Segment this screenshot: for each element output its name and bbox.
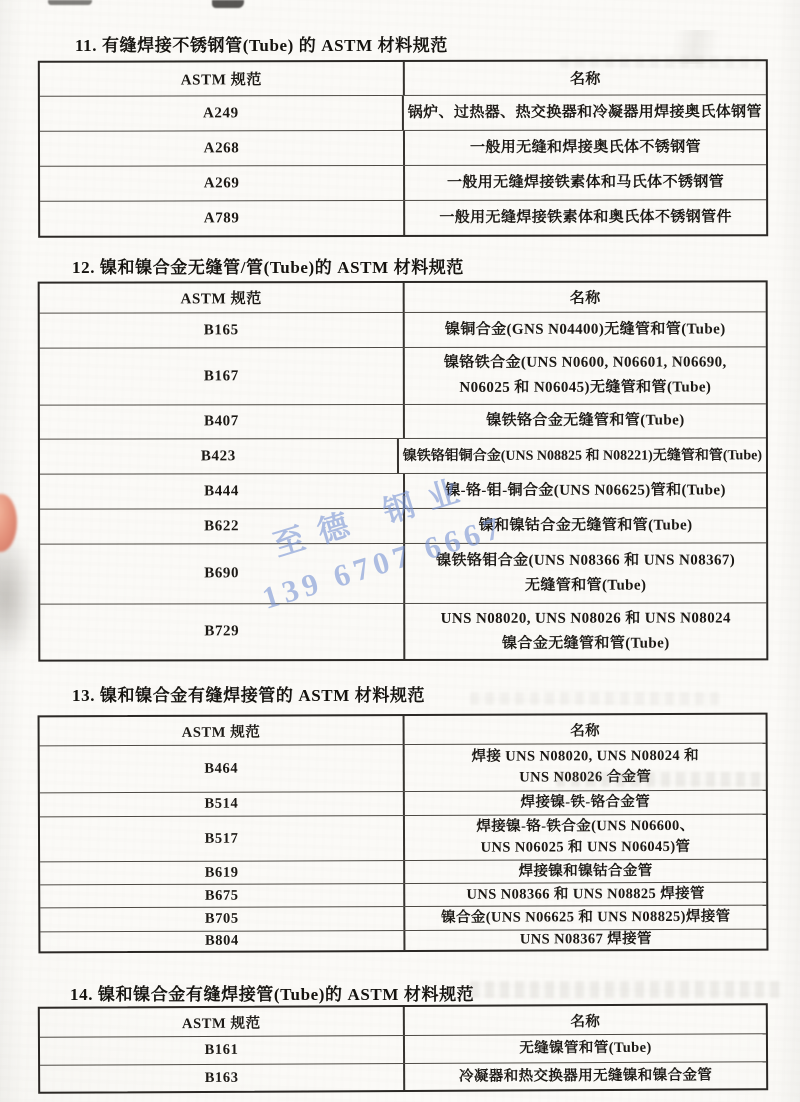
- header-name-cell: 名称: [405, 282, 766, 312]
- name-line: 镍合金无缝管和管(Tube): [502, 631, 670, 656]
- spec-text: A789: [204, 210, 240, 227]
- table-row: B165 镍铜合金(GNS N04400)无缝管和管(Tube): [40, 311, 766, 347]
- table-row: B423 镍铁铬钼铜合金(UNS N08825 和 N08221)无缝管和管(T…: [40, 437, 766, 473]
- header-name-label: 名称: [570, 719, 600, 740]
- table-header-row: ASTM 规范 名称: [40, 61, 766, 96]
- spec-text: B165: [204, 322, 239, 339]
- name-line: 镍铁铬钼合金(UNS N08366 和 UNS N08367): [436, 548, 735, 574]
- name-line: 无缝镍管和管(Tube): [519, 1038, 651, 1060]
- spec-cell: B675: [40, 884, 405, 907]
- section-12-table: ASTM 规范 名称 B165 镍铜合金(GNS N04400)无缝管和管(Tu…: [38, 280, 769, 661]
- name-cell: 焊接 UNS N08020, UNS N08024 和 UNS N08026 合…: [405, 744, 766, 791]
- spec-text: B464: [204, 760, 238, 777]
- name-line: UNS N08366 和 UNS N08825 焊接管: [466, 883, 704, 905]
- table-row: A268 一般用无缝和焊接奥氏体不锈钢管: [40, 129, 766, 166]
- spec-cell: B167: [40, 348, 405, 405]
- spec-cell: B464: [40, 745, 405, 792]
- table-row: B163 冷凝器和热交换器用无缝镍和镍合金管: [40, 1061, 766, 1092]
- spec-text: B407: [204, 413, 239, 430]
- name-line: 焊接 UNS N08020, UNS N08024 和: [471, 746, 699, 768]
- name-line: UNS N06025 和 UNS N06045)管: [481, 837, 691, 859]
- name-cell: 焊接镍-铁-铬合金管: [405, 791, 766, 815]
- spec-cell: B622: [40, 509, 405, 544]
- name-cell: 镍铁铬合金无缝管和管(Tube): [405, 404, 766, 438]
- name-cell: 焊接镍和镍钴合金管: [405, 860, 766, 883]
- spec-cell: B163: [40, 1064, 405, 1092]
- spec-cell: B804: [40, 931, 405, 951]
- spec-cell: B729: [40, 604, 405, 660]
- name-line: 镍-铬-钼-铜合金(UNS N06625)管和(Tube): [445, 478, 726, 503]
- spec-text: B804: [205, 933, 239, 950]
- spec-text: A249: [203, 105, 239, 122]
- name-cell: 镍铬铁合金(UNS N0600, N06601, N06690, N06025 …: [405, 347, 766, 404]
- spec-cell: B705: [40, 907, 405, 931]
- name-line: N06025 和 N06045)无缝管和管(Tube): [459, 375, 711, 400]
- name-line: 焊接镍-铬-铁合金(UNS N06600、: [476, 816, 694, 838]
- spec-text: B167: [204, 368, 239, 385]
- spec-text: B705: [205, 911, 239, 928]
- name-line: 一般用无缝焊接铁素体和马氏体不锈钢管: [447, 170, 724, 196]
- name-cell: 一般用无缝焊接铁素体和马氏体不锈钢管: [405, 165, 766, 200]
- spec-cell: B690: [40, 544, 405, 604]
- scanned-document-page: 11. 有缝焊接不锈钢管(Tube) 的 ASTM 材料规范 ASTM 规范 名…: [0, 0, 800, 1102]
- name-cell: UNS N08366 和 UNS N08825 焊接管: [405, 883, 766, 906]
- spec-cell: A249: [40, 96, 404, 131]
- spec-cell: A789: [40, 201, 405, 236]
- table-row: B804 UNS N08367 焊接管: [40, 929, 766, 952]
- spec-cell: B444: [40, 474, 405, 509]
- spec-text: B444: [204, 483, 239, 500]
- spec-text: B619: [205, 864, 239, 881]
- name-line: UNS N08367 焊接管: [520, 929, 652, 951]
- table-row: B167 镍铬铁合金(UNS N0600, N06601, N06690, N0…: [40, 346, 766, 404]
- header-name-label: 名称: [570, 1010, 600, 1031]
- name-line: 一般用无缝和焊接奥氏体不锈钢管: [470, 135, 701, 160]
- name-line: 镍铁铬钼铜合金(UNS N08825 和 N08221)无缝管和管(Tube): [403, 443, 762, 469]
- name-cell: UNS N08020, UNS N08026 和 UNS N08024 镍合金无…: [405, 603, 766, 659]
- name-cell: 无缝镍管和管(Tube): [405, 1034, 766, 1063]
- table-header-row: ASTM 规范 名称: [40, 282, 766, 312]
- header-spec-cell: ASTM 规范: [40, 1007, 405, 1037]
- spec-cell: B161: [40, 1036, 405, 1065]
- finger-shadow-artifact: [0, 532, 36, 662]
- header-spec-label: ASTM 规范: [182, 1011, 261, 1032]
- section-11-table: ASTM 规范 名称 A249 锅炉、过热器、热交换器和冷凝器用焊接奥氏体钢管 …: [38, 59, 768, 238]
- name-line: 镍铁铬合金无缝管和管(Tube): [486, 409, 684, 434]
- name-line: 镍铜合金(GNS N04400)无缝管和管(Tube): [445, 317, 726, 342]
- table-row: B619 焊接镍和镍钴合金管: [40, 859, 766, 885]
- spec-text: A268: [204, 140, 240, 157]
- header-spec-cell: ASTM 规范: [40, 716, 405, 745]
- name-cell: 镍合金(UNS N06625 和 UNS N08825)焊接管: [405, 906, 766, 930]
- table-row: B729 UNS N08020, UNS N08026 和 UNS N08024…: [40, 602, 766, 659]
- table-row: B690 镍铁铬钼合金(UNS N08366 和 UNS N08367) 无缝管…: [40, 542, 766, 603]
- name-cell: 镍铁铬钼合金(UNS N08366 和 UNS N08367) 无缝管和管(Tu…: [405, 543, 766, 603]
- name-line: 锅炉、过热器、热交换器和冷凝器用焊接奥氏体钢管: [408, 100, 762, 126]
- spec-cell: B423: [40, 439, 399, 474]
- name-line: 焊接镍-铁-铬合金管: [521, 792, 651, 813]
- spec-cell: B619: [40, 861, 405, 884]
- table-row: B705 镍合金(UNS N06625 和 UNS N08825)焊接管: [40, 905, 766, 932]
- table-header-row: ASTM 规范 名称: [40, 715, 766, 746]
- spec-cell: B517: [40, 816, 405, 861]
- spec-text: A269: [204, 175, 240, 192]
- table-row: B407 镍铁铬合金无缝管和管(Tube): [40, 403, 766, 438]
- header-name-cell: 名称: [405, 1005, 766, 1035]
- table-row: B464 焊接 UNS N08020, UNS N08024 和 UNS N08…: [40, 743, 766, 793]
- header-name-label: 名称: [570, 287, 601, 308]
- spec-cell: B165: [40, 313, 405, 348]
- table-row: A269 一般用无缝焊接铁素体和马氏体不锈钢管: [40, 164, 766, 201]
- name-cell: 锅炉、过热器、热交换器和冷凝器用焊接奥氏体钢管: [404, 95, 766, 130]
- table-row: A789 一般用无缝焊接铁素体和奥氏体不锈钢管件: [40, 199, 766, 236]
- scan-smudge: [212, 0, 244, 8]
- name-line: UNS N08026 合金管: [519, 767, 651, 789]
- spec-text: B163: [205, 1069, 239, 1086]
- name-line: 一般用无缝焊接铁素体和奥氏体不锈钢管件: [439, 205, 732, 231]
- scan-smudge: [48, 0, 92, 5]
- name-line: 镍合金(UNS N06625 和 UNS N08825)焊接管: [441, 907, 731, 929]
- name-line: 镍铬铁合金(UNS N0600, N06601, N06690,: [444, 350, 727, 375]
- finger-artifact: [0, 494, 17, 552]
- spec-cell: A269: [40, 166, 405, 201]
- name-cell: UNS N08367 焊接管: [405, 930, 766, 950]
- section-14-table: ASTM 规范 名称 B161 无缝镍管和管(Tube) B163 冷凝器和热交…: [38, 1003, 768, 1094]
- name-cell: 冷凝器和热交换器用无缝镍和镍合金管: [405, 1062, 766, 1090]
- spec-cell: B407: [40, 405, 405, 439]
- spec-cell: B514: [40, 792, 405, 816]
- header-name-cell: 名称: [405, 61, 766, 95]
- table-row: A249 锅炉、过热器、热交换器和冷凝器用焊接奥氏体钢管: [40, 94, 766, 131]
- spec-text: B729: [204, 623, 239, 640]
- name-line: 焊接镍和镍钴合金管: [519, 861, 653, 883]
- section-13-table: ASTM 规范 名称 B464 焊接 UNS N08020, UNS N0802…: [38, 713, 769, 954]
- section-14-title: 14. 镍和镍合金有缝焊接管(Tube)的 ASTM 材料规范: [70, 980, 474, 1005]
- header-spec-label: ASTM 规范: [182, 720, 261, 741]
- spec-text: B423: [201, 448, 236, 465]
- table-row: B675 UNS N08366 和 UNS N08825 焊接管: [40, 882, 766, 908]
- spec-text: B514: [204, 796, 238, 813]
- bleed-through-ghost-text: [470, 981, 782, 998]
- bleed-through-ghost-text: [470, 692, 720, 705]
- name-line: UNS N08020, UNS N08026 和 UNS N08024: [441, 606, 731, 632]
- name-line: 冷凝器和热交换器用无缝镍和镍合金管: [459, 1065, 712, 1087]
- name-cell: 镍-铬-钼-铜合金(UNS N06625)管和(Tube): [405, 473, 766, 508]
- section-12-title: 12. 镍和镍合金无缝管/管(Tube)的 ASTM 材料规范: [72, 253, 464, 278]
- header-spec-label: ASTM 规范: [181, 68, 262, 89]
- spec-text: B622: [204, 518, 239, 535]
- name-cell: 镍铁铬钼铜合金(UNS N08825 和 N08221)无缝管和管(Tube): [399, 438, 766, 473]
- header-name-label: 名称: [570, 68, 601, 89]
- name-cell: 镍和镍钴合金无缝管和管(Tube): [405, 508, 766, 543]
- header-spec-cell: ASTM 规范: [40, 62, 405, 96]
- table-row: B444 镍-铬-钼-铜合金(UNS N06625)管和(Tube): [40, 472, 766, 508]
- spec-text: B161: [205, 1042, 239, 1059]
- table-row: B517 焊接镍-铬-铁合金(UNS N06600、 UNS N06025 和 …: [40, 814, 766, 862]
- name-cell: 镍铜合金(GNS N04400)无缝管和管(Tube): [405, 312, 766, 347]
- spec-cell: A268: [40, 131, 405, 166]
- name-cell: 一般用无缝和焊接奥氏体不锈钢管: [405, 130, 766, 165]
- name-cell: 焊接镍-铬-铁合金(UNS N06600、 UNS N06025 和 UNS N…: [405, 815, 766, 860]
- spec-text: B517: [205, 830, 239, 847]
- name-line: 镍和镍钴合金无缝管和管(Tube): [479, 513, 693, 538]
- spec-text: B690: [204, 565, 239, 582]
- table-row: B622 镍和镍钴合金无缝管和管(Tube): [40, 507, 766, 543]
- table-row: B161 无缝镍管和管(Tube): [40, 1033, 766, 1065]
- header-spec-cell: ASTM 规范: [40, 283, 405, 313]
- header-name-cell: 名称: [405, 715, 766, 744]
- name-cell: 一般用无缝焊接铁素体和奥氏体不锈钢管件: [405, 200, 766, 235]
- header-spec-label: ASTM 规范: [181, 287, 262, 308]
- section-13-title: 13. 镍和镍合金有缝焊接管的 ASTM 材料规范: [72, 681, 425, 706]
- table-header-row: ASTM 规范 名称: [40, 1005, 766, 1037]
- spec-text: B675: [205, 887, 239, 904]
- name-line: 无缝管和管(Tube): [525, 573, 646, 598]
- section-11-title: 11. 有缝焊接不锈钢管(Tube) 的 ASTM 材料规范: [75, 31, 448, 56]
- table-row: B514 焊接镍-铁-铬合金管: [40, 790, 766, 817]
